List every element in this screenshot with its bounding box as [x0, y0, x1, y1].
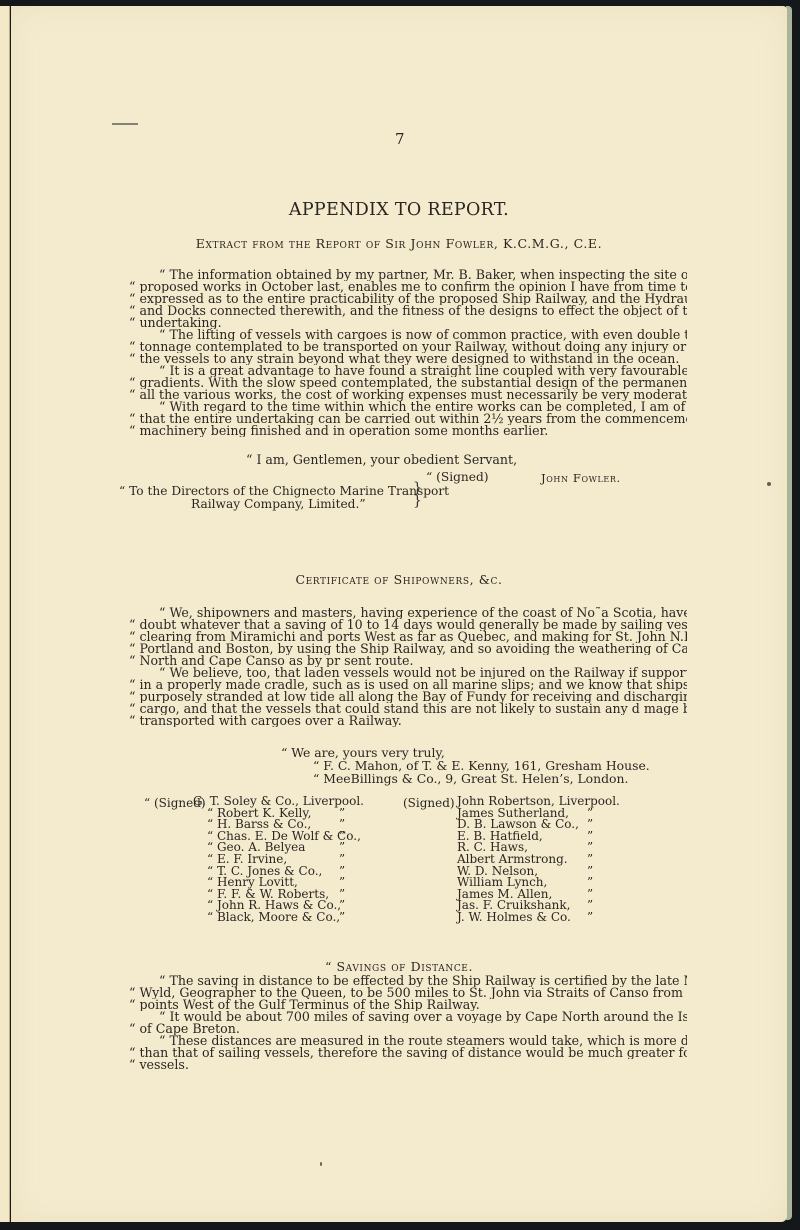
addressee-line-1: “ To the Directors of the Chignecto Mari… [119, 484, 449, 498]
fowler-closing: “ I am, Gentlemen, your obedient Servant… [246, 452, 517, 467]
scan-border-bottom [0, 1222, 800, 1230]
certificate-paragraph-2: “ We believe, too, that laden vessels wo… [129, 667, 687, 727]
fowler-signature: John Fowler. [541, 471, 621, 485]
fowler-paragraph-3: “ It is a great advantage to have found … [129, 365, 687, 401]
signatory-row: “ Black, Moore & Co.,” [193, 912, 413, 924]
savings-heading: “ Savings of Distance. [11, 959, 787, 974]
page-title: APPENDIX TO REPORT. [11, 200, 787, 220]
ink-speck [767, 482, 771, 486]
addressee-brace: }} [413, 482, 422, 508]
right-signatories-list: John Robertson, Liverpool. James Sutherl… [457, 796, 637, 924]
left-signatories-list: G. T. Soley & Co., Liverpool. “ Robert K… [193, 796, 413, 924]
fowler-paragraph-2: “ The lifting of vessels with cargoes is… [129, 329, 687, 365]
ink-mark [112, 123, 138, 125]
certificate-heading: Certificate of Shipowners, &c. [11, 572, 787, 587]
page-subtitle: Extract from the Report of Sir John Fowl… [11, 236, 787, 251]
right-signed-label: (Signed) [403, 796, 455, 810]
fowler-signed-label: “ (Signed) [426, 470, 489, 484]
signer-meebillings: “ MeeBillings & Co., 9, Great St. Helen’… [313, 771, 628, 786]
fowler-paragraph-1: “ The information obtained by my partner… [129, 269, 687, 329]
page-number: 7 [395, 130, 405, 148]
document-page: 7 APPENDIX TO REPORT. Extract from the R… [11, 6, 787, 1222]
fowler-paragraph-4: “ With regard to the time within which t… [129, 401, 687, 437]
savings-paragraph-3: “ These distances are measured in the ro… [129, 1035, 687, 1071]
signatory-row: J. W. Holmes & Co.” [457, 912, 637, 924]
previous-page-edge [0, 6, 10, 1222]
certificate-paragraph-1: “ We, shipowners and masters, having exp… [129, 607, 687, 667]
savings-paragraph-1: “ The saving in distance to be effected … [129, 975, 687, 1011]
savings-paragraph-2: “ It would be about 700 miles of saving … [129, 1011, 687, 1035]
addressee-line-2: Railway Company, Limited.” [191, 497, 366, 511]
ink-speck [320, 1162, 322, 1166]
